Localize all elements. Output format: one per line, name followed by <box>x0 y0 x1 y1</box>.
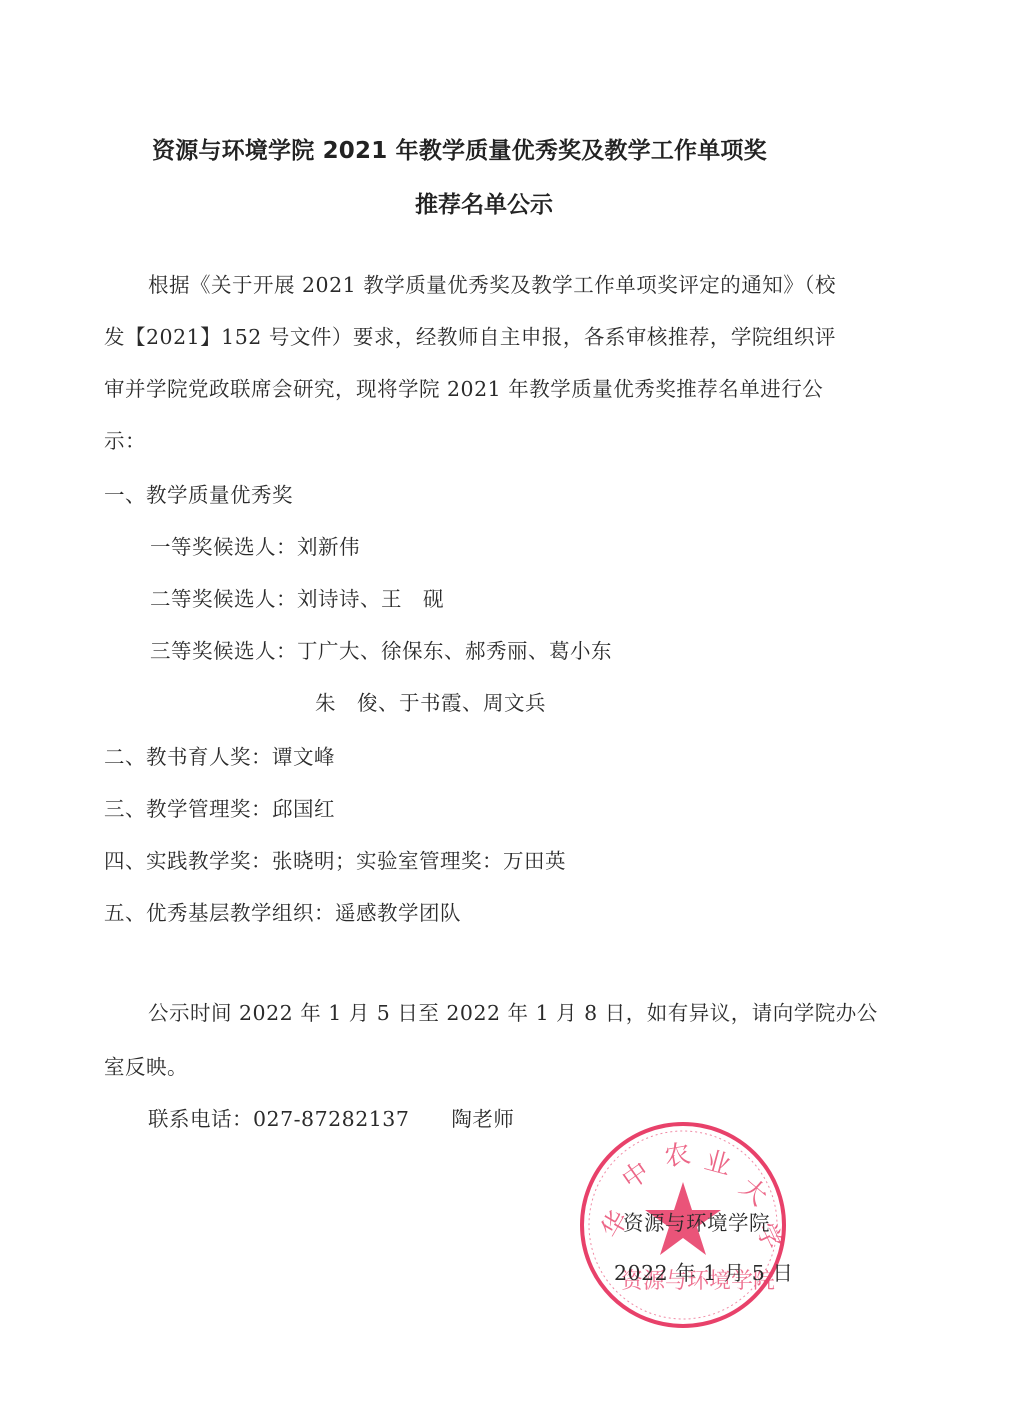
intro-line-1: 根据《关于开展 2021 教学质量优秀奖及教学工作单项奖评定的通知》（校 <box>148 268 836 298</box>
svg-text:业: 业 <box>701 1146 734 1182</box>
section-1-heading: 一、教学质量优秀奖 <box>104 478 293 508</box>
section-5-teaching-organization: 五、优秀基层教学组织：遥感教学团队 <box>104 896 461 926</box>
section-4-practice-lab-award: 四、实践教学奖：张晓明；实验室管理奖：万田英 <box>104 844 566 874</box>
section-2-teaching-education-award: 二、教书育人奖：谭文峰 <box>104 740 335 770</box>
first-prize-candidates: 一等奖候选人：刘新伟 <box>150 530 360 560</box>
svg-text:农: 农 <box>662 1139 693 1173</box>
notice-line-2: 室反映。 <box>104 1050 188 1080</box>
notice-line-1: 公示时间 2022 年 1 月 5 日至 2022 年 1 月 8 日，如有异议… <box>148 996 878 1026</box>
document-title-line2: 推荐名单公示 <box>415 186 553 219</box>
intro-line-2: 发【2021】152 号文件）要求，经教师自主申报，各系审核推荐，学院组织评 <box>104 320 836 350</box>
contact-info: 联系电话：027-87282137 陶老师 <box>148 1102 514 1132</box>
second-prize-candidates: 二等奖候选人：刘诗诗、王 砚 <box>150 582 444 612</box>
intro-line-3: 审并学院党政联席会研究，现将学院 2021 年教学质量优秀奖推荐名单进行公 <box>104 372 823 402</box>
signature-organization: 资源与环境学院 <box>623 1206 770 1236</box>
third-prize-candidates-cont: 朱 俊、于书霞、周文兵 <box>315 686 546 716</box>
signature-date: 2022 年 1 月 5 日 <box>614 1256 793 1286</box>
document-title-line1: 资源与环境学院 2021 年教学质量优秀奖及教学工作单项奖 <box>152 132 767 165</box>
section-3-teaching-management-award: 三、教学管理奖：邱国红 <box>104 792 335 822</box>
svg-text:中: 中 <box>617 1156 656 1195</box>
intro-line-4: 示： <box>104 424 146 454</box>
third-prize-candidates: 三等奖候选人：丁广大、徐保东、郝秀丽、葛小东 <box>150 634 612 664</box>
